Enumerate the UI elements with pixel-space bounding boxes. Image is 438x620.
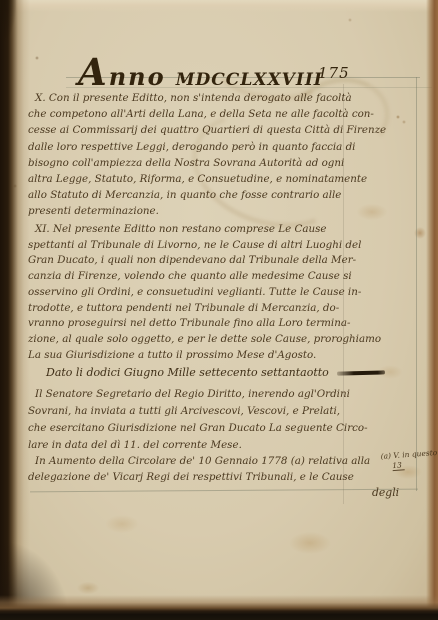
text-line: In Aumento della Circolare de' 10 Gennai… — [28, 453, 418, 469]
text-line: canzia di Firenze, volendo che quanto al… — [28, 269, 418, 285]
text-line: Il Senatore Segretario del Regio Diritto… — [28, 386, 418, 403]
text-line: osservino gli Ordini, e consuetudini veg… — [28, 285, 418, 301]
flourish-dash — [337, 370, 385, 375]
paragraph-xi: XI. Nel presente Editto non restano comp… — [28, 222, 418, 363]
page-number: 175 — [318, 64, 350, 82]
right-page-edge — [426, 0, 438, 620]
text-line: presenti determinazione. — [28, 203, 418, 219]
text-line: La sua Giurisdizione a tutto il prossimo… — [28, 348, 418, 364]
margin-note-number: 13 — [392, 460, 405, 471]
text-line: allo Statuto di Mercanzia, in quanto che… — [28, 187, 418, 203]
text-line: X. Con il presente Editto, non s'intenda… — [28, 90, 418, 106]
text-line: zione, al quale solo oggetto, e per le d… — [28, 332, 418, 348]
header-roman-year: MDCCLXXVIII — [176, 70, 323, 90]
text-line: cesse ai Commissarij dei quattro Quartie… — [28, 122, 418, 138]
text-line: XI. Nel presente Editto non restano comp… — [28, 222, 418, 238]
text-line: che competono all'Arti della Lana, e del… — [28, 106, 418, 122]
text-line: vranno proseguirsi nel detto Tribunale f… — [28, 316, 418, 332]
margin-annotation: (a) V. in questo 13 — [380, 448, 435, 472]
text-line: bisogno coll'ampiezza della Nostra Sovra… — [28, 155, 418, 171]
text-line: che esercitano Giurisdizione nel Gran Du… — [28, 420, 418, 437]
catchword: degli — [372, 486, 399, 499]
binding-top-corner — [0, 0, 16, 42]
book-gutter-binding — [0, 0, 30, 620]
dateline: Dato li dodici Giugno Mille settecento s… — [46, 366, 385, 379]
paragraph-senatore: Il Senatore Segretario del Regio Diritto… — [28, 386, 418, 454]
text-line: Gran Ducato, i quali non dipendevano dal… — [28, 253, 418, 269]
top-page-edge — [0, 0, 438, 12]
paragraph-x: X. Con il presente Editto, non s'intenda… — [28, 90, 418, 220]
header-anno-word: Anno — [78, 50, 166, 94]
paragraph-aumento: In Aumento della Circolare de' 10 Gennai… — [28, 453, 418, 485]
dateline-text: Dato li dodici Giugno Mille settecento s… — [46, 366, 329, 379]
text-line: Sovrani, ha inviata a tutti gli Arcivesc… — [28, 403, 418, 420]
text-line: altra Legge, Statuto, Riforma, e Consuet… — [28, 171, 418, 187]
manuscript-scan: Anno MDCCLXXVIII 175 X. Con il presente … — [0, 0, 438, 620]
text-line: spettanti al Tribunale di Livorno, ne le… — [28, 238, 418, 254]
text-line: trodotte, e tuttora pendenti nel Tribuna… — [28, 301, 418, 317]
bottom-page-edges — [0, 595, 438, 620]
text-line: lare in data del dì 11. del corrente Mes… — [28, 437, 418, 454]
text-line: dalle loro respettive Leggi, derogando p… — [28, 139, 418, 155]
page-header: Anno MDCCLXXVIII — [78, 50, 323, 94]
text-line: delegazione de' Vicarj Regi dei respetti… — [28, 469, 418, 485]
